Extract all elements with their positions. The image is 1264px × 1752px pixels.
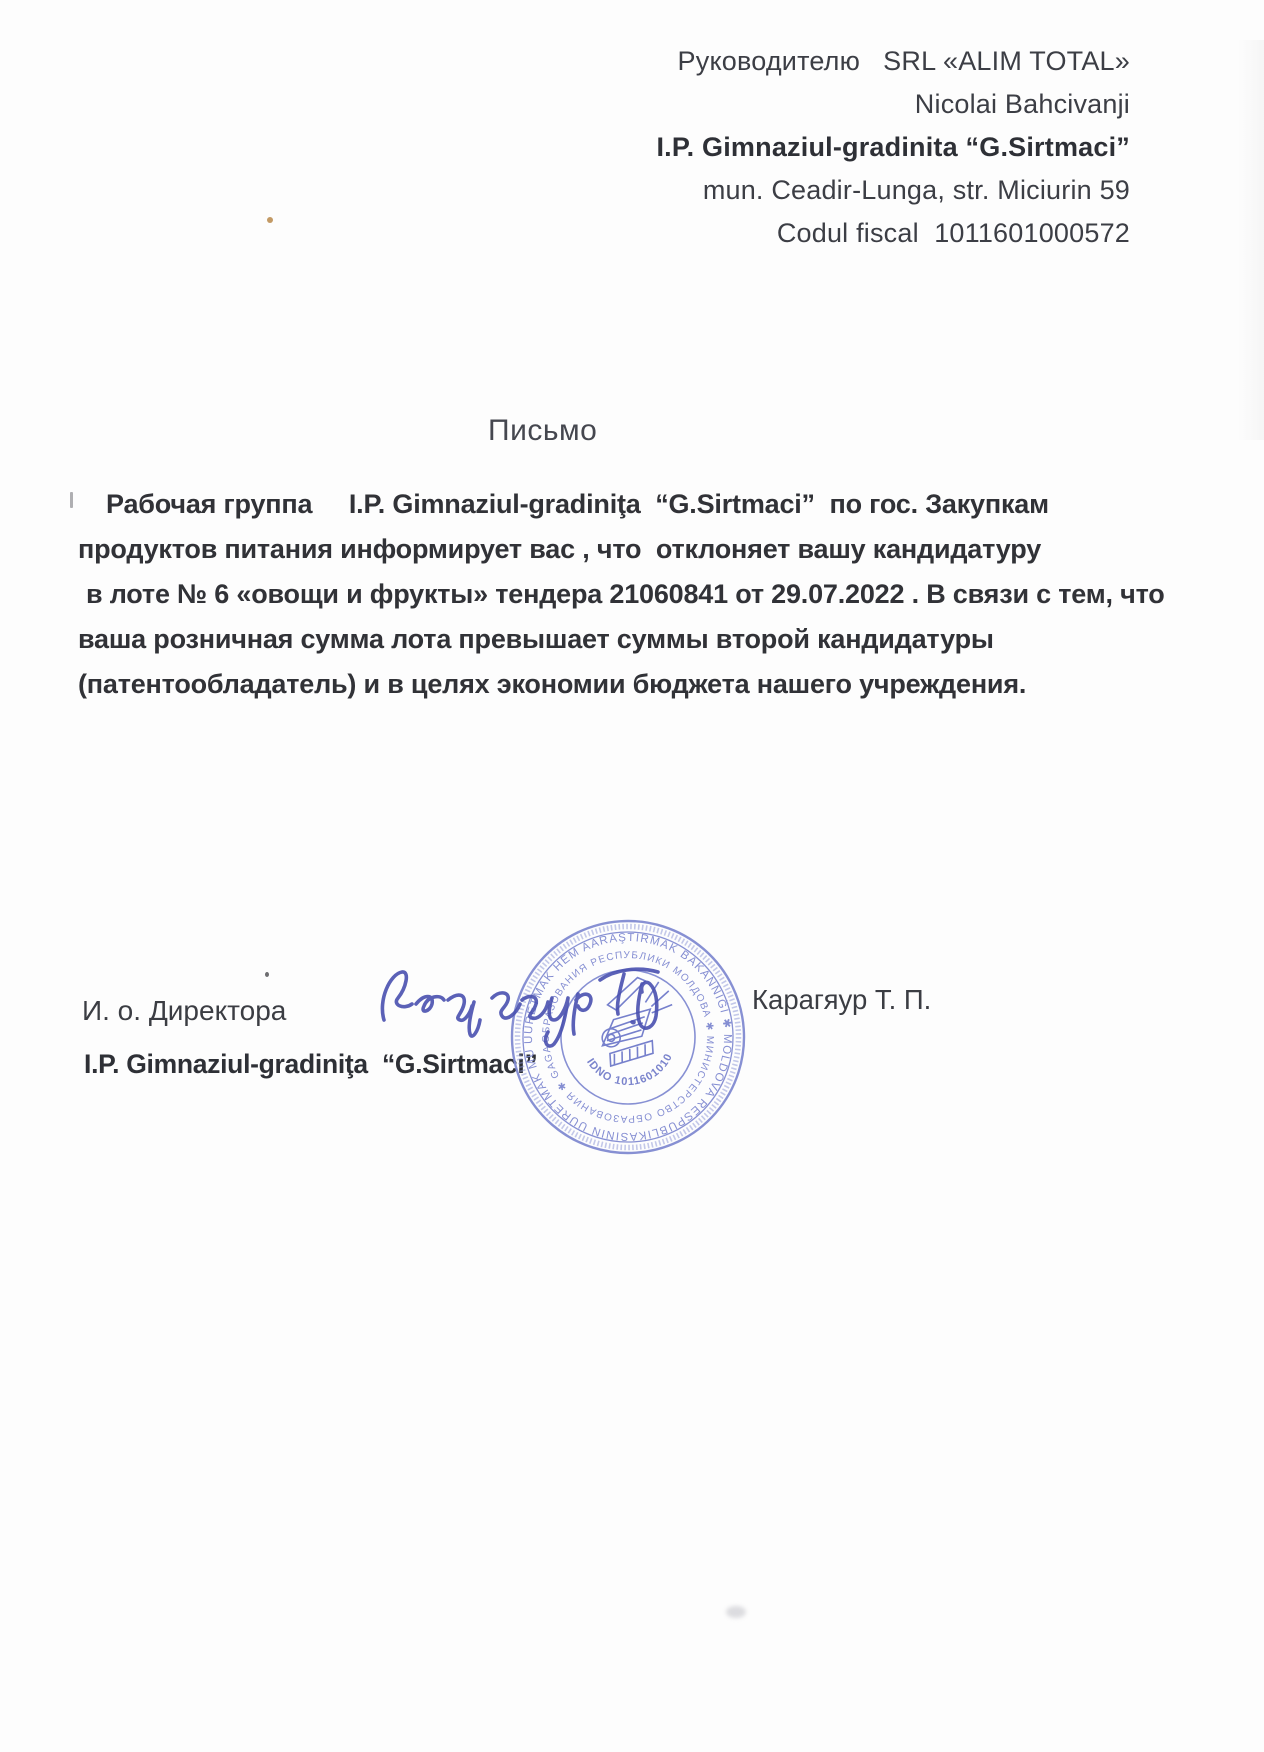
scanned-letter-page: Руководителю SRL «ALIM TOTAL» Nicolai Ba… — [0, 0, 1264, 1752]
fiscal-code: Codul fiscal 1011601000572 — [656, 212, 1130, 255]
letter-body: Рабочая группа I.P. Gimnaziul-gradiniţa … — [78, 482, 1218, 707]
scan-speck — [267, 217, 273, 223]
scan-smudge — [726, 1606, 746, 1618]
signer-name: Карагяур Т. П. — [752, 984, 931, 1016]
letter-title: Письмо — [488, 414, 597, 448]
recipient-name: Nicolai Bahcivanji — [656, 83, 1130, 126]
recipient-line: Руководителю SRL «ALIM TOTAL» — [656, 40, 1130, 83]
signature-strokes — [370, 936, 672, 1054]
body-line: ваша розничная сумма лота превышает сумм… — [78, 617, 1218, 662]
body-line: (патентообладатель) и в целях экономии б… — [78, 662, 1218, 707]
sender-organization: I.P. Gimnaziul-gradinita “G.Sirtmaci” — [656, 126, 1130, 169]
sender-address: mun. Ceadir-Lunga, str. Miciurin 59 — [656, 169, 1130, 212]
scan-artifact-tick — [70, 492, 73, 508]
recipient-block: Руководителю SRL «ALIM TOTAL» Nicolai Ba… — [656, 40, 1130, 255]
body-line: продуктов питания информирует вас , что … — [78, 527, 1218, 572]
scan-edge-shadow — [1238, 40, 1264, 440]
body-line: в лоте № 6 «овощи и фрукты» тендера 2106… — [78, 572, 1218, 617]
handwritten-signature — [370, 936, 672, 1054]
signer-role: И. о. Директора — [82, 995, 286, 1027]
scan-speck — [265, 972, 269, 977]
body-line: Рабочая группа I.P. Gimnaziul-gradiniţa … — [78, 482, 1218, 527]
